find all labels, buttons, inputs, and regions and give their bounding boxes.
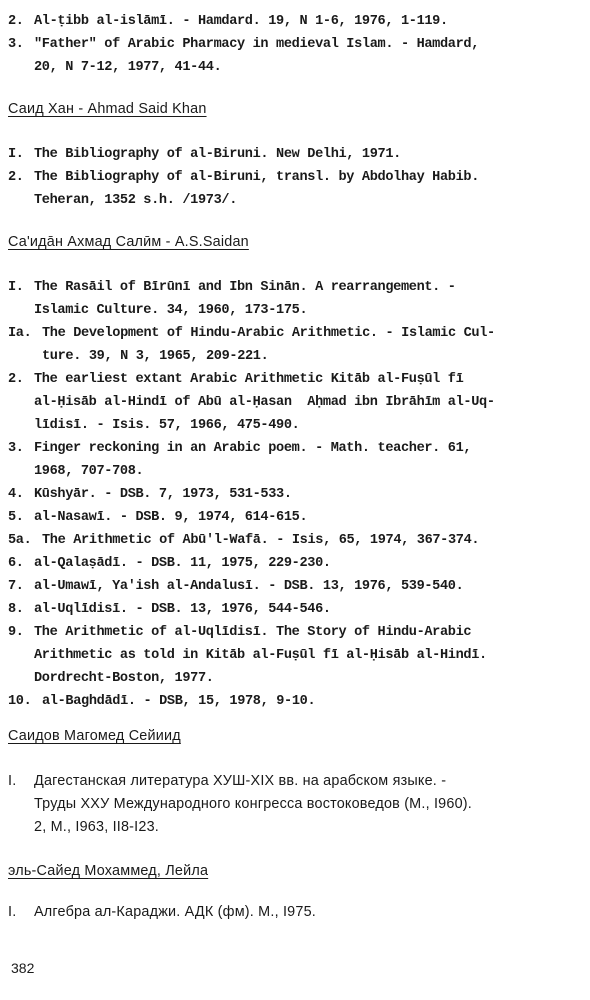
entry-text-line: al-Ḥisāb al-Hindī of Abū al-Ḥasan Aḥmad … xyxy=(34,394,495,412)
entry-number: I. xyxy=(8,279,24,297)
author-heading: Саидов Магомед Сейиид xyxy=(8,728,181,744)
entry-text-line: Труды XXУ Международного конгресса восто… xyxy=(34,795,472,813)
entry-number: 6. xyxy=(8,555,24,573)
entry-number: I. xyxy=(8,772,16,790)
entry-text-line: Arithmetic as told in Kitāb al-Fuṣūl fī … xyxy=(34,647,487,665)
entry-text-line: Дагестанская литература ХУШ-XIX вв. на а… xyxy=(34,772,446,790)
entry-text-line: 20, N 7-12, 1977, 41-44. xyxy=(34,59,221,77)
entry-text-line: ture. 39, N 3, 1965, 209-221. xyxy=(42,348,268,366)
entry-number: 2. xyxy=(8,13,24,31)
entry-number: 10. xyxy=(8,693,31,711)
entry-text-line: The Development of Hindu-Arabic Arithmet… xyxy=(42,325,495,343)
entry-number: 2. xyxy=(8,371,24,389)
entry-number: 9. xyxy=(8,624,24,642)
entry-text-line: al-Nasawī. - DSB. 9, 1974, 614-615. xyxy=(34,509,307,527)
entry-text-line: Алгебра ал-Караджи. АДК (фм). М., I975. xyxy=(34,903,316,921)
entry-text-line: al-Qalaṣādī. - DSB. 11, 1975, 229-230. xyxy=(34,555,331,573)
entry-number: 7. xyxy=(8,578,24,596)
entry-number: 2. xyxy=(8,169,24,187)
entry-text-line: al-Baghdādī. - DSB, 15, 1978, 9-10. xyxy=(42,693,315,711)
entry-text-line: Finger reckoning in an Arabic poem. - Ma… xyxy=(34,440,471,458)
entry-text-line: "Father" of Arabic Pharmacy in medieval … xyxy=(34,36,479,54)
entry-text-line: The Arithmetic of Abū'l-Wafā. - Isis, 65… xyxy=(42,532,479,550)
entry-text-line: Dordrecht-Boston, 1977. xyxy=(34,670,214,688)
entry-text-line: The Bibliography of al-Biruni. New Delhi… xyxy=(34,146,401,164)
entry-number: I. xyxy=(8,146,24,164)
author-heading: Саид Хан - Ahmad Said Khan xyxy=(8,101,207,117)
author-heading: Са'идāн Ахмад Салӣм - A.S.Saidan xyxy=(8,234,249,250)
entry-number: 3. xyxy=(8,440,24,458)
entry-text-line: 1968, 707-708. xyxy=(34,463,143,481)
entry-number: I. xyxy=(8,903,16,921)
entry-text-line: 2, М., I963, II8-I23. xyxy=(34,818,159,836)
entry-text-line: Al-ṭibb al-islāmī. - Hamdard. 19, N 1-6,… xyxy=(34,13,448,31)
entry-number: 8. xyxy=(8,601,24,619)
author-heading: эль-Сайед Мохаммед, Лейла xyxy=(8,863,208,879)
entry-number: 4. xyxy=(8,486,24,504)
entry-text-line: Teheran, 1352 s.h. /1973/. xyxy=(34,192,237,210)
entry-text-line: al-Umawī, Ya'ish al-Andalusī. - DSB. 13,… xyxy=(34,578,463,596)
entry-text-line: Kūshyār. - DSB. 7, 1973, 531-533. xyxy=(34,486,292,504)
page-number: 382 xyxy=(11,960,34,976)
entry-text-line: al-Uqlīdisī. - DSB. 13, 1976, 544-546. xyxy=(34,601,331,619)
entry-number: 5a. xyxy=(8,532,31,550)
entry-number: 5. xyxy=(8,509,24,527)
entry-number: 3. xyxy=(8,36,24,54)
entry-text-line: The Arithmetic of al-Uqlīdisī. The Story… xyxy=(34,624,471,642)
entry-text-line: The Rasāil of Bīrūnī and Ibn Sinān. A re… xyxy=(34,279,456,297)
entry-text-line: The Bibliography of al-Biruni, transl. b… xyxy=(34,169,479,187)
entry-text-line: līdisī. - Isis. 57, 1966, 475-490. xyxy=(34,417,299,435)
entry-number: Ia. xyxy=(8,325,31,343)
entry-text-line: The earliest extant Arabic Arithmetic Ki… xyxy=(34,371,463,389)
entry-text-line: Islamic Culture. 34, 1960, 173-175. xyxy=(34,302,307,320)
